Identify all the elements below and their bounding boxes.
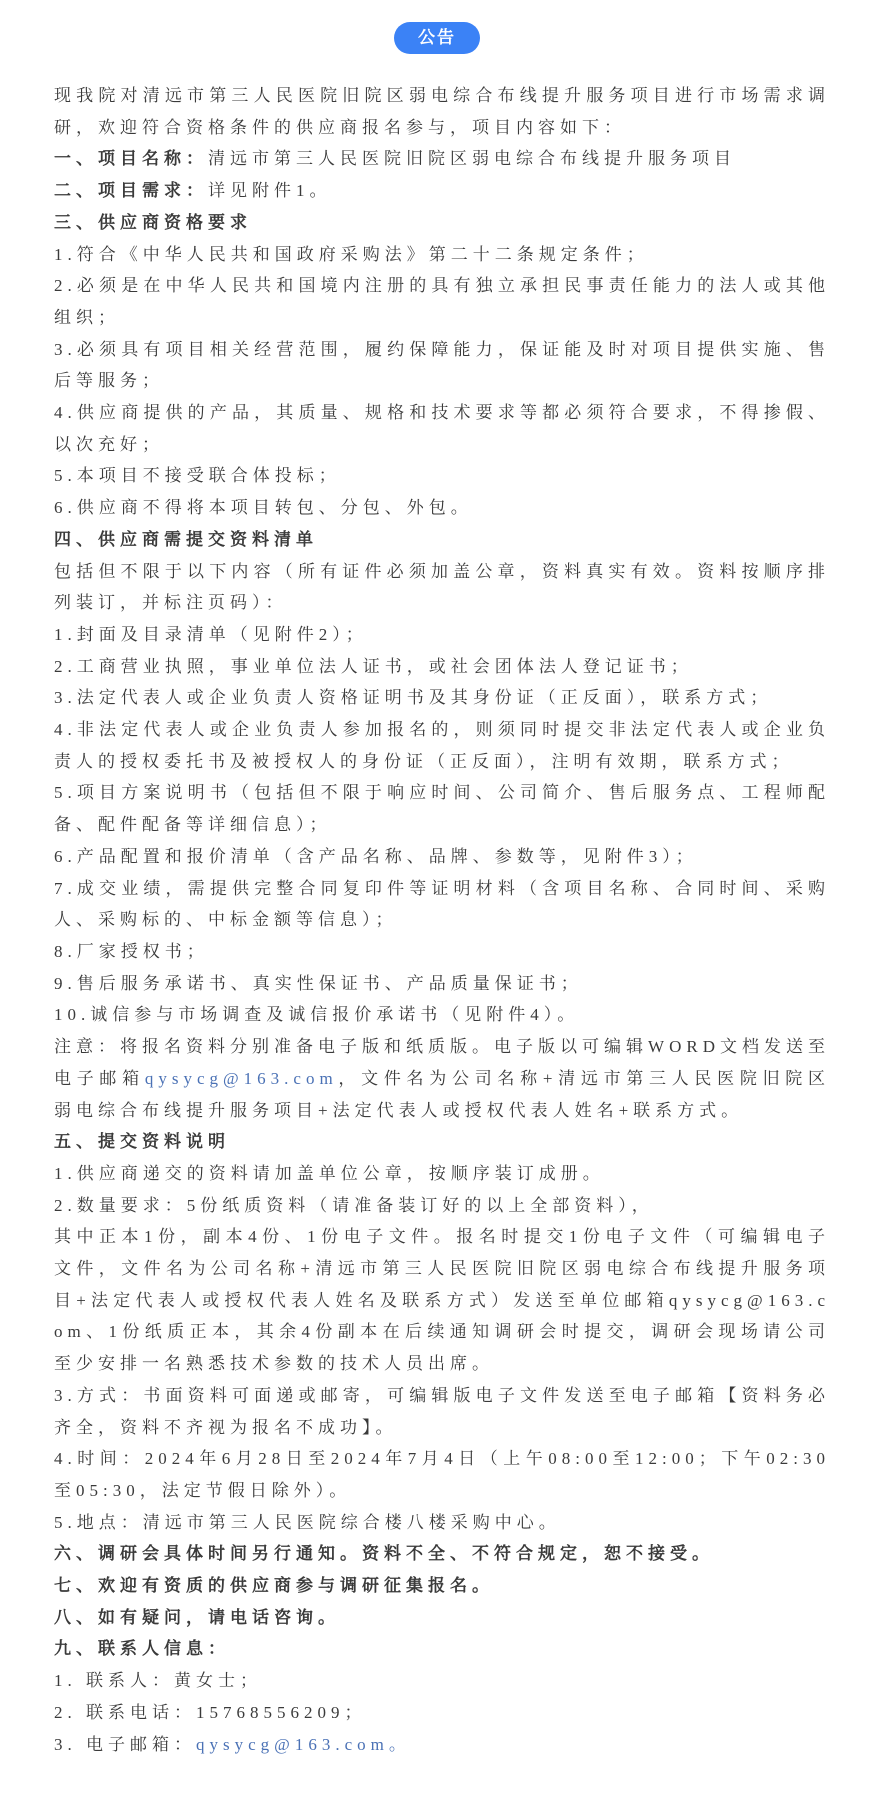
- text-segment: 9.售后服务承诺书、真实性保证书、产品质量保证书；: [54, 974, 583, 993]
- heading-supplier-qualification: 三、供应商资格要求: [54, 207, 830, 239]
- heading-project-demand: 二、项目需求：详见附件1。: [54, 175, 830, 207]
- material-item-8: 8.厂家授权书；: [54, 936, 830, 968]
- text-segment: 详见附件1。: [208, 181, 332, 200]
- text-segment: 4.供应商提供的产品，其质量、规格和技术要求等都必须符合要求，不得掺假、以次充好…: [54, 403, 830, 454]
- heading-questions: 八、如有疑问，请电话咨询。: [54, 1602, 830, 1634]
- bold-text-segment: 五、提交资料说明: [54, 1132, 230, 1151]
- submission-item-5: 5.地点：清远市第三人民医院综合楼八楼采购中心。: [54, 1507, 830, 1539]
- text-segment: 清远市第三人民医院旧院区弱电综合布线提升服务项目: [208, 149, 736, 168]
- material-item-9: 9.售后服务承诺书、真实性保证书、产品质量保证书；: [54, 968, 830, 1000]
- text-segment: 包括但不限于以下内容（所有证件必须加盖公章，资料真实有效。资料按顺序排列装订，并…: [54, 562, 830, 613]
- text-segment: 8.厂家授权书；: [54, 942, 209, 961]
- bold-text-segment: 三、供应商资格要求: [54, 213, 252, 232]
- text-segment: 4.非法定代表人或企业负责人参加报名的，则须同时提交非法定代表人或企业负责人的授…: [54, 720, 830, 771]
- text-segment: 其中正本1份，副本4份、1份电子文件。报名时提交1份电子文件（可编辑电子文件，文…: [54, 1227, 830, 1373]
- heading-material-list: 四、供应商需提交资料清单: [54, 524, 830, 556]
- material-item-2: 2.工商营业执照，事业单位法人证书，或社会团体法人登记证书；: [54, 651, 830, 683]
- text-segment: 5.地点：清远市第三人民医院综合楼八楼采购中心。: [54, 1513, 561, 1532]
- contact-phone: 2. 联系电话：15768556209；: [54, 1697, 830, 1729]
- material-item-10: 10.诚信参与市场调查及诚信报价承诺书（见附件4）。: [54, 999, 830, 1031]
- text-segment: 1. 联系人：黄女士；: [54, 1671, 262, 1690]
- text-segment: 7.成交业绩，需提供完整合同复印件等证明材料（含项目名称、合同时间、采购人、采购…: [54, 879, 830, 930]
- qualification-item-3: 3.必须具有项目相关经营范围，履约保障能力，保证能及时对项目提供实施、售后等服务…: [54, 334, 830, 397]
- text-segment: 3.必须具有项目相关经营范围，履约保障能力，保证能及时对项目提供实施、售后等服务…: [54, 340, 830, 391]
- text-segment: 5.本项目不接受联合体投标；: [54, 466, 341, 485]
- text-segment: 5.项目方案说明书（包括但不限于响应时间、公司简介、售后服务点、工程师配备、配件…: [54, 783, 830, 834]
- material-item-6: 6.产品配置和报价清单（含产品名称、品牌、参数等，见附件3）；: [54, 841, 830, 873]
- material-item-4: 4.非法定代表人或企业负责人参加报名的，则须同时提交非法定代表人或企业负责人的授…: [54, 714, 830, 777]
- bold-text-segment: 七、欢迎有资质的供应商参与调研征集报名。: [54, 1576, 494, 1595]
- contact-email: 3. 电子邮箱：qysycg@163.com。: [54, 1729, 830, 1761]
- bold-text-segment: 八、如有疑问，请电话咨询。: [54, 1608, 340, 1627]
- text-segment: 3. 电子邮箱：: [54, 1735, 196, 1754]
- bold-text-segment: 一、项目名称：: [54, 149, 208, 168]
- heading-meeting-notice: 六、调研会具体时间另行通知。资料不全、不符合规定，恕不接受。: [54, 1538, 830, 1570]
- text-segment: 现我院对清远市第三人民医院旧院区弱电综合布线提升服务项目进行市场需求调研，欢迎符…: [54, 86, 830, 137]
- qualification-item-2: 2.必须是在中华人民共和国境内注册的具有独立承担民事责任能力的法人或其他组织；: [54, 270, 830, 333]
- material-item-3: 3.法定代表人或企业负责人资格证明书及其身份证（正反面），联系方式；: [54, 682, 830, 714]
- qualification-item-5: 5.本项目不接受联合体投标；: [54, 460, 830, 492]
- email-link[interactable]: qysycg@163.com。: [196, 1735, 411, 1754]
- document-body: 现我院对清远市第三人民医院旧院区弱电综合布线提升服务项目进行市场需求调研，欢迎符…: [0, 54, 874, 1760]
- submission-item-4: 4.时间：2024年6月28日至2024年7月4日（上午08:00至12:00；…: [54, 1443, 830, 1506]
- text-segment: 2.数量要求：5份纸质资料（请准备装订好的以上全部资料），: [54, 1196, 654, 1215]
- contact-person: 1. 联系人：黄女士；: [54, 1665, 830, 1697]
- text-segment: 10.诚信参与市场调查及诚信报价承诺书（见附件4）。: [54, 1005, 579, 1024]
- heading-project-name: 一、项目名称：清远市第三人民医院旧院区弱电综合布线提升服务项目: [54, 143, 830, 175]
- text-segment: 3.法定代表人或企业负责人资格证明书及其身份证（正反面），联系方式；: [54, 688, 772, 707]
- material-item-7: 7.成交业绩，需提供完整合同复印件等证明材料（含项目名称、合同时间、采购人、采购…: [54, 873, 830, 936]
- announcement-badge: 公告: [394, 22, 480, 54]
- para-intro: 现我院对清远市第三人民医院旧院区弱电综合布线提升服务项目进行市场需求调研，欢迎符…: [54, 80, 830, 143]
- heading-contact-info: 九、联系人信息：: [54, 1633, 830, 1665]
- bold-text-segment: 九、联系人信息：: [54, 1639, 230, 1658]
- text-segment: 3.方式：书面资料可面递或邮寄，可编辑版电子文件发送至电子邮箱【资料务必齐全，资…: [54, 1386, 830, 1437]
- heading-welcome: 七、欢迎有资质的供应商参与调研征集报名。: [54, 1570, 830, 1602]
- badge-row: 公告: [0, 0, 874, 54]
- qualification-item-4: 4.供应商提供的产品，其质量、规格和技术要求等都必须符合要求，不得掺假、以次充好…: [54, 397, 830, 460]
- text-segment: 1.供应商递交的资料请加盖单位公章，按顺序装订成册。: [54, 1164, 605, 1183]
- text-segment: 1.符合《中华人民共和国政府采购法》第二十二条规定条件；: [54, 245, 649, 264]
- text-segment: 2.必须是在中华人民共和国境内注册的具有独立承担民事责任能力的法人或其他组织；: [54, 276, 830, 327]
- text-segment: 2. 联系电话：15768556209；: [54, 1703, 367, 1722]
- submission-item-2: 2.数量要求：5份纸质资料（请准备装订好的以上全部资料），: [54, 1190, 830, 1222]
- para-notice: 注意：将报名资料分别准备电子版和纸质版。电子版以可编辑WORD文档发送至电子邮箱…: [54, 1031, 830, 1126]
- text-segment: 6.产品配置和报价清单（含产品名称、品牌、参数等，见附件3）；: [54, 847, 698, 866]
- qualification-item-1: 1.符合《中华人民共和国政府采购法》第二十二条规定条件；: [54, 239, 830, 271]
- submission-item-2-continued: 其中正本1份，副本4份、1份电子文件。报名时提交1份电子文件（可编辑电子文件，文…: [54, 1221, 830, 1380]
- submission-item-1: 1.供应商递交的资料请加盖单位公章，按顺序装订成册。: [54, 1158, 830, 1190]
- submission-item-3: 3.方式：书面资料可面递或邮寄，可编辑版电子文件发送至电子邮箱【资料务必齐全，资…: [54, 1380, 830, 1443]
- announcement-page: 公告 现我院对清远市第三人民医院旧院区弱电综合布线提升服务项目进行市场需求调研，…: [0, 0, 874, 1806]
- email-link[interactable]: qysycg@163.com: [145, 1069, 338, 1088]
- text-segment: 4.时间：2024年6月28日至2024年7月4日（上午08:00至12:00；…: [54, 1449, 830, 1500]
- bold-text-segment: 六、调研会具体时间另行通知。资料不全、不符合规定，恕不接受。: [54, 1544, 714, 1563]
- bold-text-segment: 二、项目需求：: [54, 181, 208, 200]
- material-item-5: 5.项目方案说明书（包括但不限于响应时间、公司简介、售后服务点、工程师配备、配件…: [54, 777, 830, 840]
- heading-submission-instructions: 五、提交资料说明: [54, 1126, 830, 1158]
- text-segment: 2.工商营业执照，事业单位法人证书，或社会团体法人登记证书；: [54, 657, 693, 676]
- text-segment: 1.封面及目录清单（见附件2）；: [54, 625, 368, 644]
- text-segment: 6.供应商不得将本项目转包、分包、外包。: [54, 498, 473, 517]
- bold-text-segment: 四、供应商需提交资料清单: [54, 530, 318, 549]
- material-item-1: 1.封面及目录清单（见附件2）；: [54, 619, 830, 651]
- qualification-item-6: 6.供应商不得将本项目转包、分包、外包。: [54, 492, 830, 524]
- material-list-intro: 包括但不限于以下内容（所有证件必须加盖公章，资料真实有效。资料按顺序排列装订，并…: [54, 556, 830, 619]
